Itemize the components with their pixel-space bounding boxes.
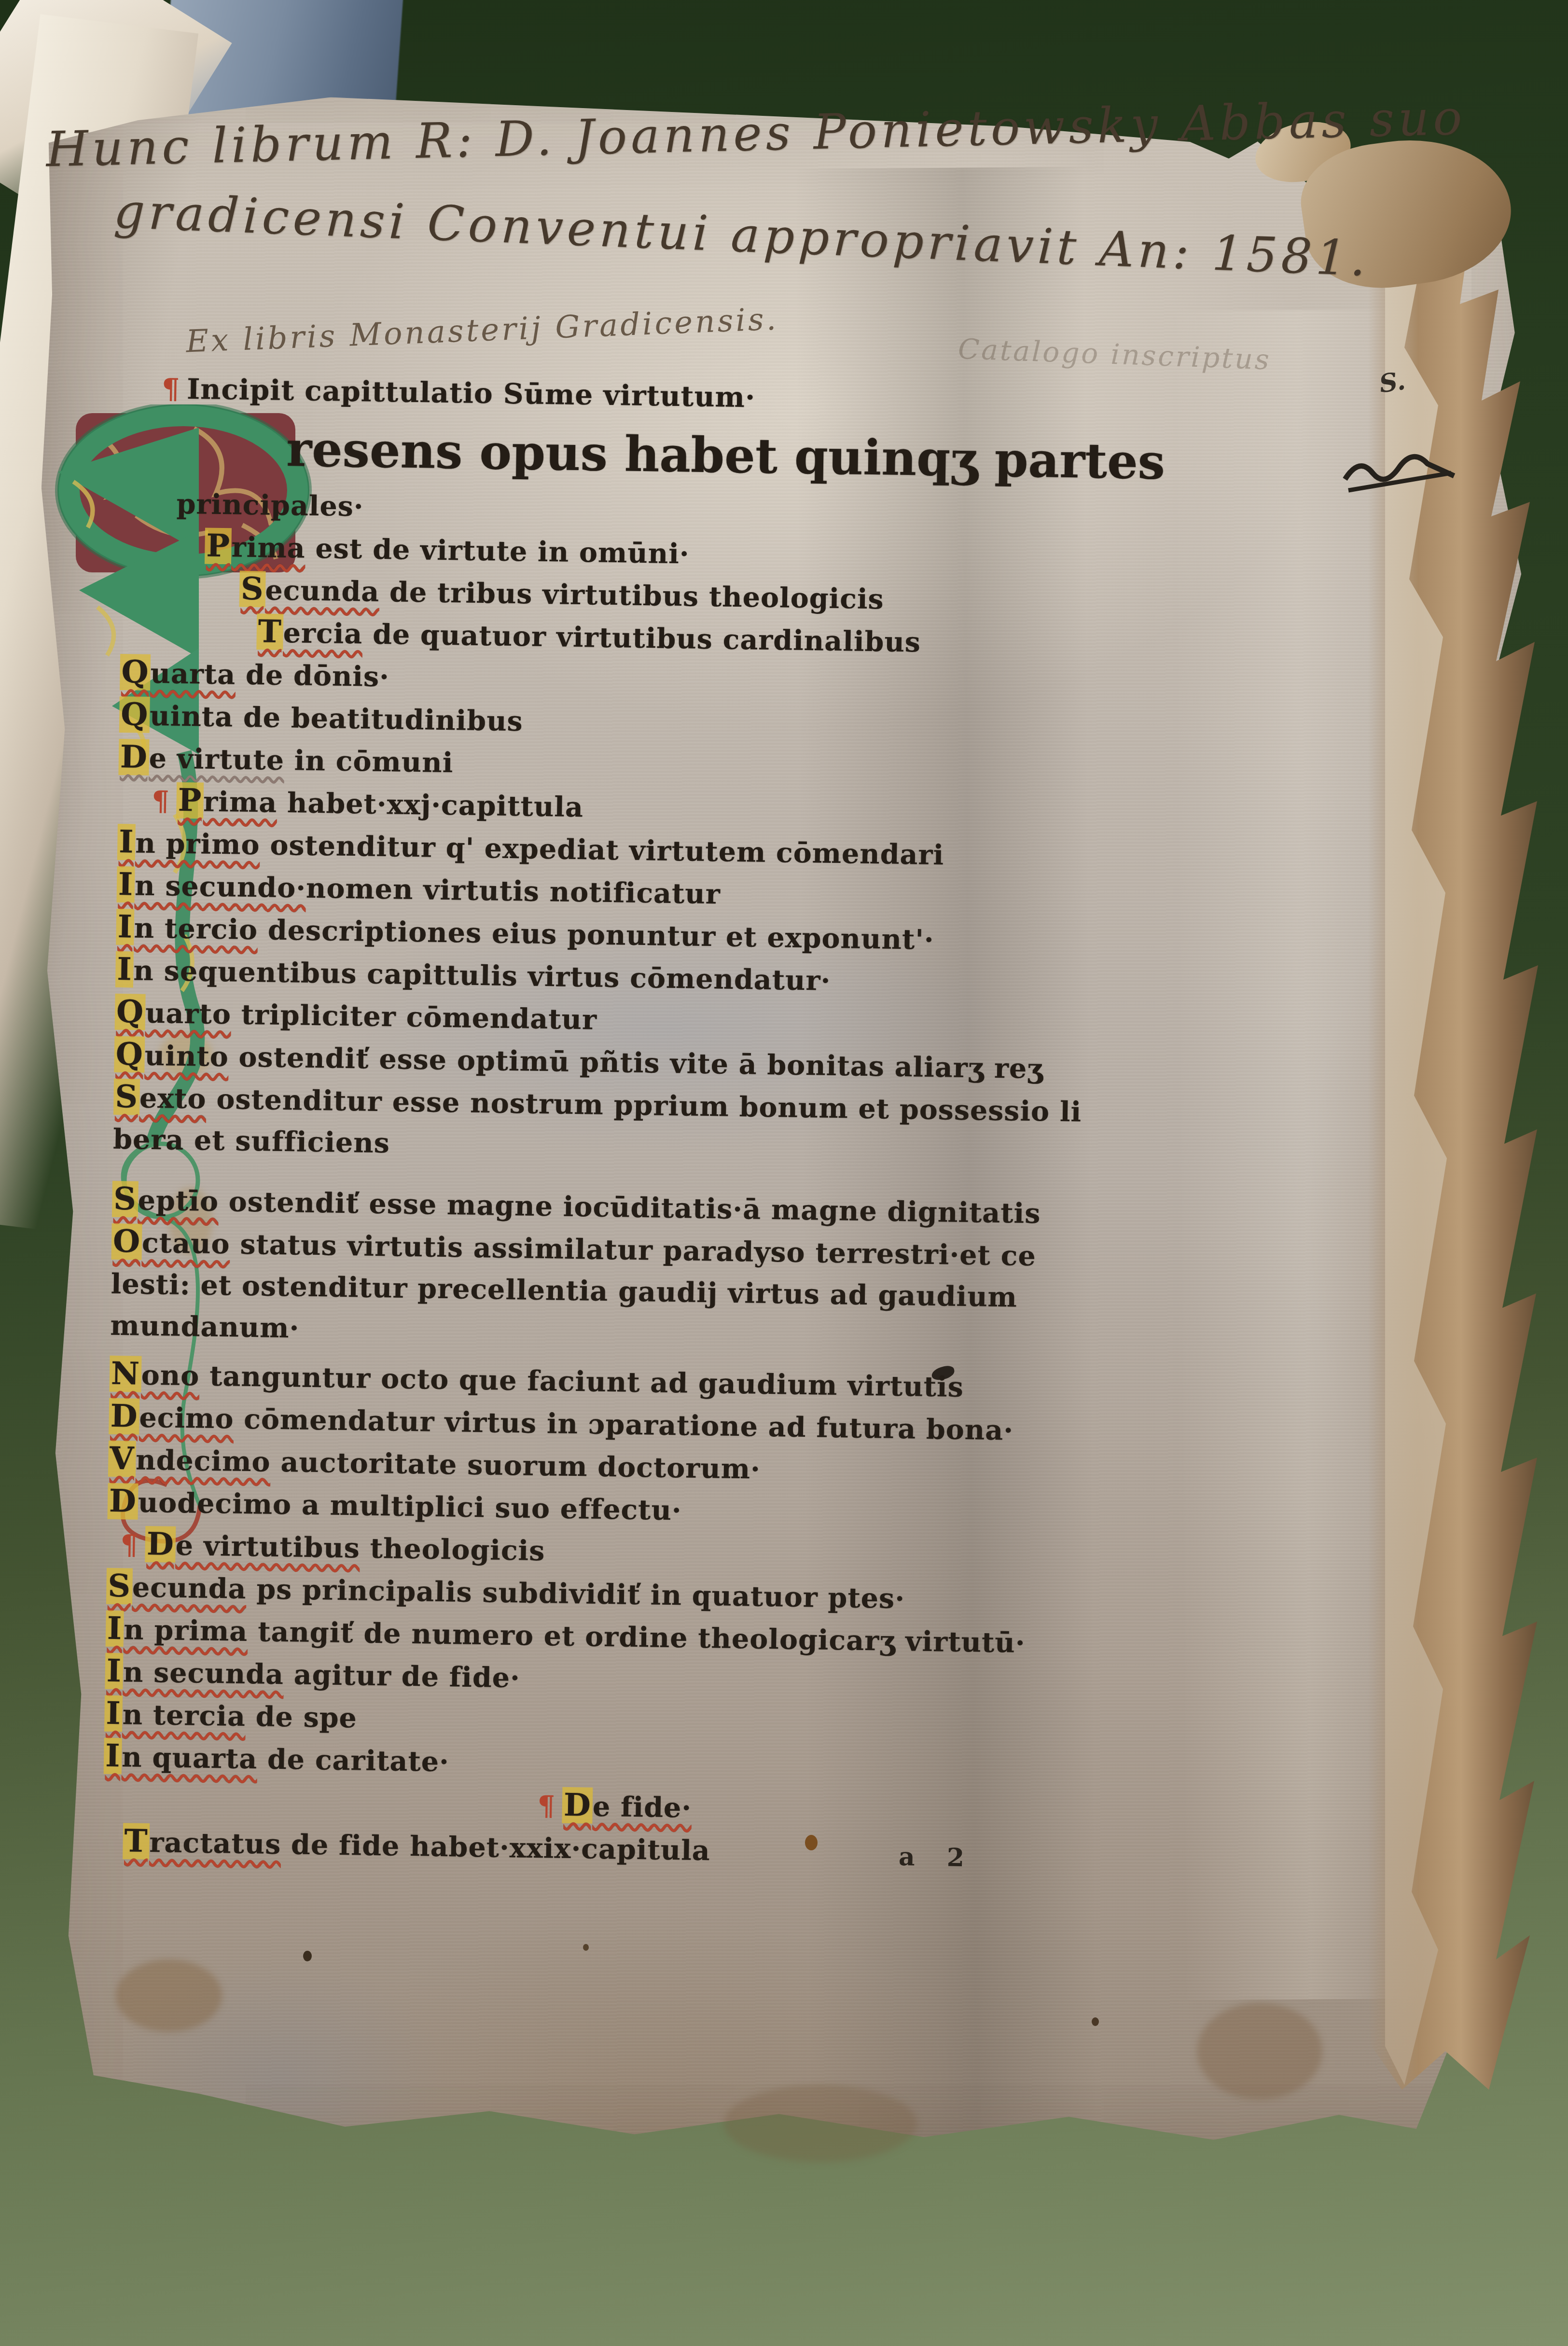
line-rest: status virtutis assimilatur paradyso ter… bbox=[230, 1228, 1036, 1272]
line-rest: tangiť de numero et ordine theologicarʒ … bbox=[248, 1615, 1026, 1659]
pilcrow-icon: ¶ bbox=[162, 372, 187, 405]
line-lead: In prima bbox=[106, 1608, 248, 1652]
wormhole bbox=[1092, 2017, 1099, 2026]
line-lead: Decimo bbox=[109, 1396, 234, 1440]
line-lead: Secunda bbox=[239, 569, 379, 613]
line-lead: Sexto bbox=[113, 1076, 207, 1120]
stain bbox=[724, 2085, 917, 2162]
line-rest: de beatitudinibus bbox=[233, 701, 524, 737]
line-rest: de tribus virtutibus theologicis bbox=[379, 576, 884, 616]
line-lead: Nono bbox=[109, 1353, 200, 1397]
pilcrow-icon: ¶ bbox=[537, 1790, 562, 1822]
stain bbox=[116, 1959, 222, 2032]
line-lead: De virtutibus bbox=[145, 1524, 360, 1569]
line-lead: Quinto bbox=[114, 1034, 229, 1078]
line-lead: In primo bbox=[117, 821, 261, 866]
line-rest: tanguntur octo que faciunt ad gaudium vi… bbox=[199, 1360, 964, 1403]
line-rest: in cōmuni bbox=[284, 744, 454, 779]
line-rest: bera et sufficiens bbox=[113, 1123, 390, 1160]
line-lead: In tercio bbox=[116, 906, 258, 951]
line-lead: In sequentibus bbox=[115, 949, 357, 995]
line-rest: ostenditur q' expediat virtutem cōmendar… bbox=[260, 829, 944, 871]
line-rest: descriptiones eius ponuntur et exponunt'… bbox=[258, 914, 934, 956]
line-rest: de caritate· bbox=[257, 1743, 450, 1778]
line-rest: de fide habet·xxix·capitula bbox=[281, 1828, 710, 1867]
book-photo: ¶Incipit capittulatio Sūme virtutum· res… bbox=[0, 0, 1568, 2346]
line-lead: In secundo· bbox=[116, 864, 306, 909]
line-lead: De fide· bbox=[562, 1785, 692, 1829]
line-rest: theologicis bbox=[360, 1532, 545, 1568]
line-rest: cōmendatur virtus in ɔparatione ad futur… bbox=[234, 1403, 1014, 1447]
line-rest: de quatuor virtutibus cardinalibus bbox=[362, 618, 921, 658]
line-lead: Tractatus bbox=[123, 1820, 281, 1865]
line-lead: Prima bbox=[176, 780, 278, 824]
line-rest: de dōnis· bbox=[236, 658, 390, 693]
line-rest: ostenditur esse nostrum pprium bonum et … bbox=[206, 1083, 1082, 1128]
line-lead: Duodecimo bbox=[107, 1481, 291, 1526]
incipit-text: Incipit capittulatio Sūme virtutum· bbox=[187, 373, 756, 414]
line-rest: tripliciter cōmendatur bbox=[231, 998, 597, 1036]
line-rest: ps principalis subdividiť in quatuor pte… bbox=[246, 1573, 905, 1615]
pilcrow-icon: ¶ bbox=[152, 785, 177, 818]
line-lead: Quarto bbox=[114, 991, 231, 1036]
line-lead: In tercia bbox=[104, 1693, 246, 1737]
line-lead: Secunda bbox=[106, 1566, 247, 1610]
stain bbox=[1197, 2003, 1322, 2099]
line-lead: De virtute bbox=[118, 736, 284, 781]
line-rest: habet·xxj·capittula bbox=[277, 787, 584, 823]
wormhole bbox=[303, 1951, 312, 1961]
line-rest: a multiplici suo effectu· bbox=[291, 1488, 682, 1527]
line-rest: mundanum· bbox=[110, 1309, 300, 1345]
line-rest: ostendiť esse optimū pñtis vite ā bonita… bbox=[228, 1041, 1043, 1085]
line-lead: Prima bbox=[205, 526, 306, 569]
line-rest: auctoritate suorum doctorum· bbox=[270, 1446, 761, 1485]
line-lead: In quarta bbox=[104, 1735, 258, 1780]
shelfmark: S. bbox=[1377, 366, 1407, 399]
line-lead: Octauo bbox=[111, 1221, 230, 1265]
line-lead: In secunda bbox=[105, 1651, 284, 1695]
line-rest: de spe bbox=[245, 1700, 357, 1734]
line-lead: Septīo bbox=[112, 1179, 219, 1222]
line-rest: est de virtute in omūni· bbox=[305, 532, 690, 570]
wormhole bbox=[583, 1944, 589, 1951]
line-rest: ostendiť esse magne iocūditatis·ā magne … bbox=[218, 1185, 1041, 1230]
printed-text-block: ¶Incipit capittulatio Sūme virtutum· res… bbox=[102, 366, 1341, 1881]
gathering-signature: a 2 bbox=[898, 1842, 964, 1873]
line-rest: nomen virtutis notificatur bbox=[306, 872, 721, 911]
line-lead: Tercia bbox=[256, 611, 363, 655]
crossed-out-scribble bbox=[1343, 448, 1463, 501]
line-rest: capittulis virtus cōmendatur· bbox=[357, 958, 831, 997]
line-lead: Quarta bbox=[120, 652, 236, 696]
pilcrow-icon: ¶ bbox=[120, 1528, 145, 1561]
line-lead: Vndecimo bbox=[108, 1438, 271, 1483]
line-lead: Quinta bbox=[119, 694, 234, 738]
line-rest: agitur de fide· bbox=[283, 1658, 520, 1694]
